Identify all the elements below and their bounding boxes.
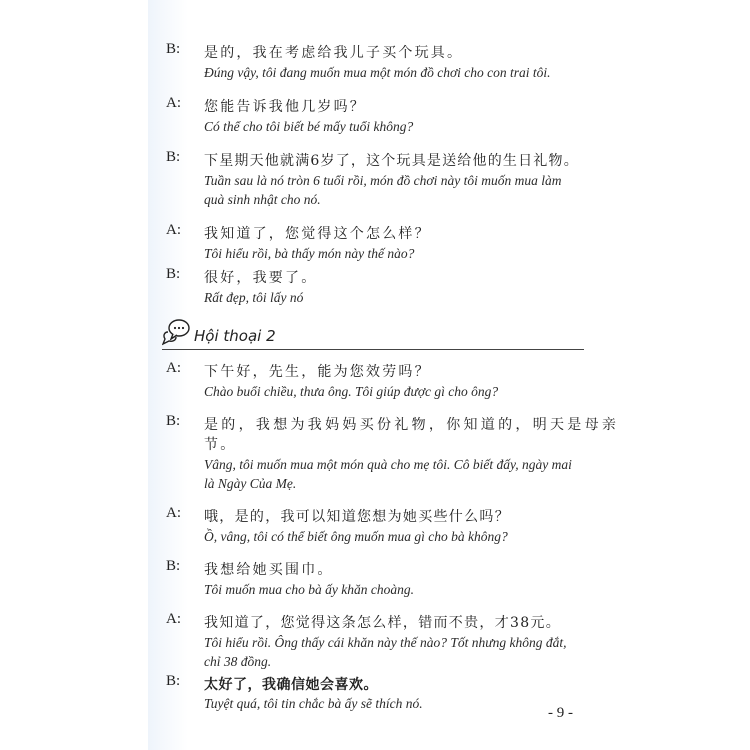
vietnamese-translation: Tôi muốn mua cho bà ấy khăn choàng. bbox=[204, 580, 584, 599]
chinese-line: 哦，是的，我可以知道您想为她买些什么吗？ bbox=[204, 506, 510, 526]
chinese-line: 很好，我要了。 bbox=[204, 267, 317, 287]
vietnamese-translation: Tôi hiểu rồi, bà thấy món này thế nào? bbox=[204, 244, 584, 263]
vietnamese-translation: Ồ, vâng, tôi có thể biết ông muốn mua gì… bbox=[204, 527, 584, 546]
section-heading: Hội thoại 2 bbox=[162, 318, 584, 350]
speaker-label: A: bbox=[166, 95, 181, 112]
vietnamese-translation: Có thể cho tôi biết bé mấy tuổi không? bbox=[204, 117, 584, 136]
vietnamese-translation: Chào buổi chiều, thưa ông. Tôi giúp được… bbox=[204, 382, 584, 401]
speaker-label: B: bbox=[166, 673, 180, 690]
vietnamese-translation: Rất đẹp, tôi lấy nó bbox=[204, 288, 584, 307]
chinese-line: 太好了，我确信她会喜欢。 bbox=[204, 674, 378, 694]
speaker-label: B: bbox=[166, 558, 180, 575]
speaker-label: B: bbox=[166, 266, 180, 283]
chinese-line: 您能告诉我他几岁吗？ bbox=[204, 96, 366, 116]
chinese-line-continued: 节。 bbox=[204, 434, 236, 454]
chinese-line: 我想给她买围巾。 bbox=[204, 559, 334, 579]
speaker-label: B: bbox=[166, 149, 180, 166]
speaker-label: B: bbox=[166, 413, 180, 430]
chinese-line: 是的，我在考虑给我儿子买个玩具。 bbox=[204, 42, 463, 62]
speaker-label: B: bbox=[166, 41, 180, 58]
chinese-line: 我知道了，您觉得这条怎么样，错而不贵，才38元。 bbox=[204, 612, 561, 632]
chinese-line: 我知道了，您觉得这个怎么样？ bbox=[204, 223, 431, 243]
speaker-label: A: bbox=[166, 505, 181, 522]
vietnamese-translation: Vâng, tôi muốn mua một món quà cho mẹ tô… bbox=[204, 455, 584, 493]
vietnamese-translation: Tuần sau là nó tròn 6 tuổi rồi, món đồ c… bbox=[204, 171, 584, 209]
speaker-label: A: bbox=[166, 222, 181, 239]
book-page: B: 是的，我在考虑给我儿子买个玩具。 Đúng vậy, tôi đang m… bbox=[148, 0, 608, 750]
chinese-line: 下星期天他就满6岁了，这个玩具是送给他的生日礼物。 bbox=[204, 150, 579, 170]
vietnamese-translation: Tuyệt quá, tôi tin chắc bà ấy sẽ thích n… bbox=[204, 694, 584, 713]
chinese-line: 是的，我想为我妈妈买份礼物，你知道的，明天是母亲 bbox=[204, 414, 619, 434]
vietnamese-translation: Tôi hiểu rồi. Ông thấy cái khăn này thế … bbox=[204, 633, 584, 671]
speaker-label: A: bbox=[166, 360, 181, 377]
vietnamese-translation: Đúng vậy, tôi đang muốn mua một món đồ c… bbox=[204, 63, 584, 82]
section-title: Hội thoại 2 bbox=[194, 327, 276, 345]
page-number: - 9 - bbox=[548, 705, 573, 722]
speech-bubbles-icon bbox=[162, 318, 192, 346]
speaker-label: A: bbox=[166, 611, 181, 628]
chinese-line: 下午好，先生，能为您效劳吗？ bbox=[204, 361, 431, 381]
